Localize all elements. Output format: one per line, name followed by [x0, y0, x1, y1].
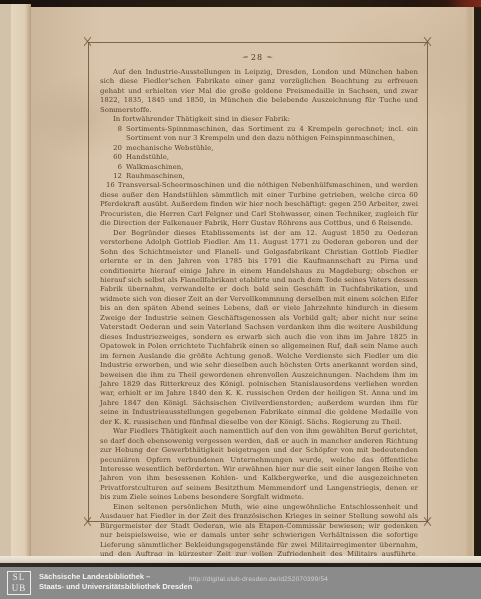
underlying-page-edge: [0, 4, 11, 564]
machine-list-item: 60Handstühle,: [100, 153, 418, 162]
machine-qty: 12: [108, 172, 122, 181]
library-name-line1: Sächsische Landesbibliothek –: [39, 572, 192, 582]
frame-corner-ornament: [83, 37, 93, 47]
book-spine-red-patch: [447, 0, 481, 7]
machine-desc: Sortiments-Spinnmaschinen, das Sortiment…: [126, 125, 418, 142]
slub-logo-top-letters: SL: [8, 572, 30, 583]
frame-corner-ornament: [423, 517, 433, 527]
paragraph: War Fiedlers Thätigkeit auch namentlich …: [100, 427, 418, 503]
machine-desc: mechanische Webstühle,: [126, 144, 214, 152]
machine-qty: 6: [108, 163, 122, 172]
digitized-book-viewer: -= 28 =- Auf den Industrie-Ausstellungen…: [0, 0, 481, 599]
library-footer-bar: SL UB Sächsische Landesbibliothek – Staa…: [0, 567, 481, 599]
machine-list-item: 12Rauhmaschinen,: [100, 172, 418, 181]
library-name: Sächsische Landesbibliothek – Staats- un…: [39, 572, 192, 592]
machine-desc: Rauhmaschinen,: [126, 172, 185, 180]
page-number-value: 28: [251, 53, 263, 62]
page-number-ornament-left: -=: [242, 54, 247, 61]
underlying-page-edge: [11, 4, 31, 562]
machine-qty: 8: [108, 125, 122, 134]
machine-desc: Handstühle,: [126, 153, 169, 161]
page-number: -= 28 =-: [88, 53, 426, 62]
paragraph: Auf den Industrie-Ausstellungen in Leipz…: [100, 68, 418, 115]
page-body-text: Auf den Industrie-Ausstellungen in Leipz…: [100, 68, 418, 569]
machine-list-item: 8Sortiments-Spinnmaschinen, das Sortimen…: [100, 125, 418, 144]
page-gutter-shadow: [465, 7, 474, 556]
machine-qty: 20: [108, 144, 122, 153]
machine-desc: Transversal-Scheermaschinen und die nöth…: [100, 181, 418, 227]
machine-list-item: 6Walkmaschinen,: [100, 163, 418, 172]
frame-corner-ornament: [83, 517, 93, 527]
machine-qty: 16: [106, 181, 115, 189]
machine-list-item: 16Transversal-Scheermaschinen und die nö…: [100, 181, 418, 228]
frame-corner-ornament: [423, 37, 433, 47]
book-bottom-page-stack: [0, 556, 481, 563]
machine-list-item: 20mechanische Webstühle,: [100, 144, 418, 153]
paragraph: Der Begründer dieses Etablissements ist …: [100, 229, 418, 428]
slub-logo-bottom-letters: UB: [8, 583, 30, 594]
scanned-page: -= 28 =- Auf den Industrie-Ausstellungen…: [31, 7, 474, 556]
page-number-ornament-right: =-: [267, 54, 272, 61]
document-url: http://digital.slub-dresden.de/id2520703…: [189, 576, 328, 583]
paragraph: In fortwährender Thätigkeit sind in dies…: [100, 115, 418, 124]
machine-qty: 60: [108, 153, 122, 162]
slub-logo: SL UB: [7, 571, 31, 595]
library-name-line2: Staats- und Universitätsbibliothek Dresd…: [39, 582, 192, 592]
machine-desc: Walkmaschinen,: [126, 163, 184, 171]
